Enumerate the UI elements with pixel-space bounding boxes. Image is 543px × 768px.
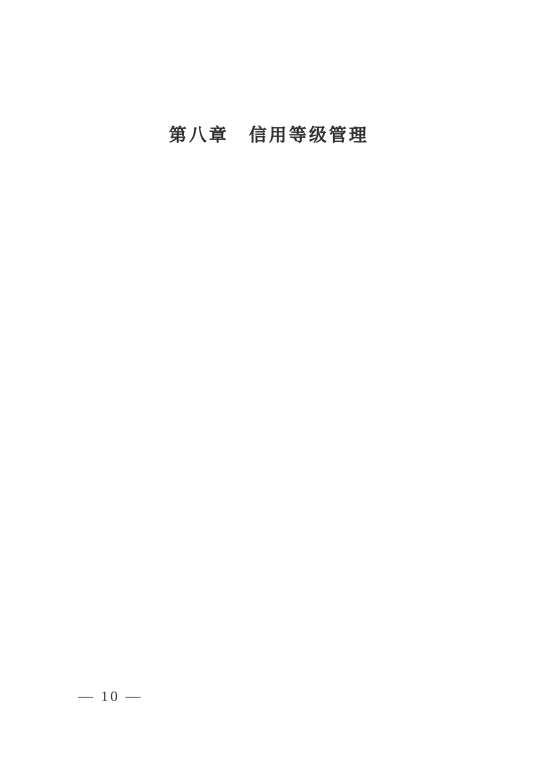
- page-number: — 10 —: [78, 689, 143, 706]
- chapter-heading: 第八章 信用等级管理: [60, 121, 478, 149]
- document-page: 第八章 信用等级管理 — 10 —: [0, 0, 543, 768]
- document-content: 第八章 信用等级管理: [60, 99, 478, 163]
